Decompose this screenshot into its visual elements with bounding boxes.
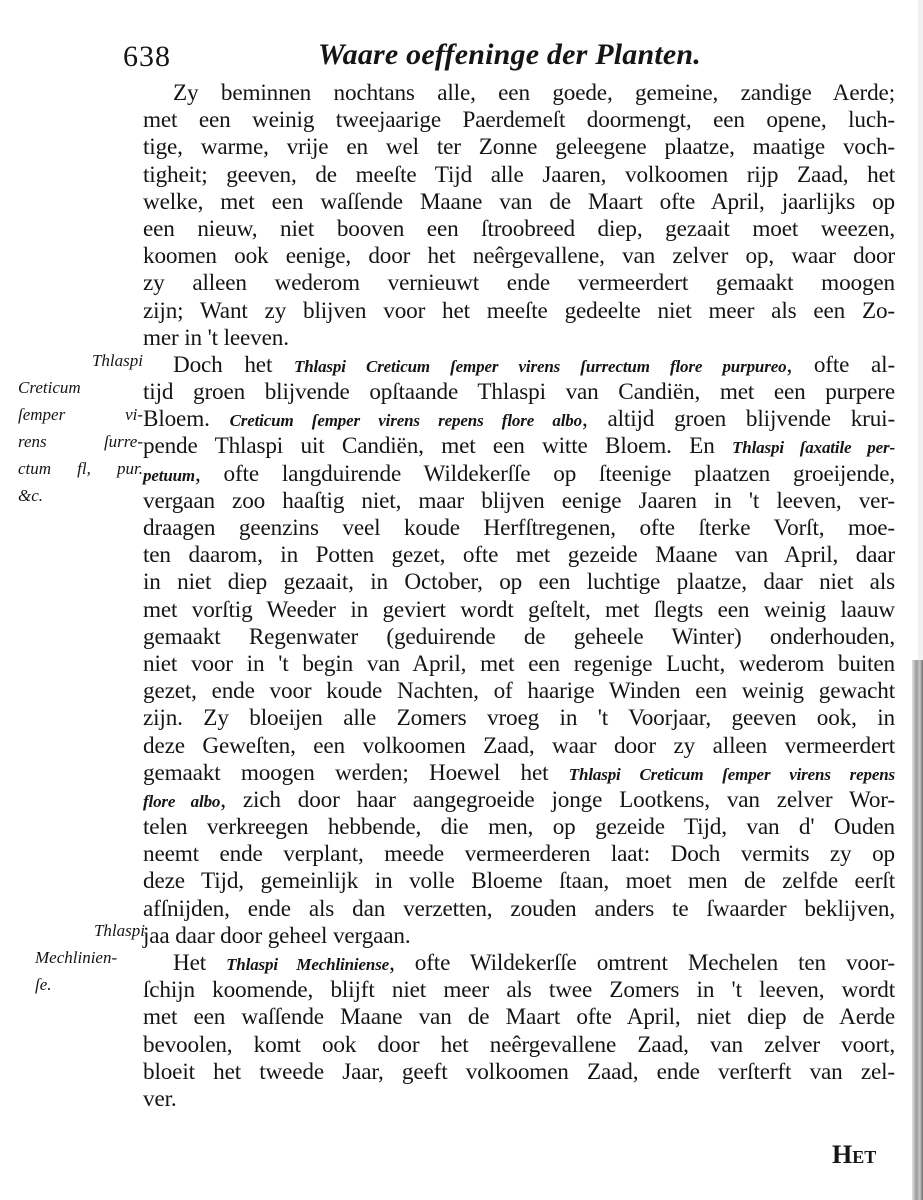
latin-name: Thlaspi Mechliniense <box>226 955 389 974</box>
text-run: gemaakt moogen werden; Hoewel het <box>143 760 569 786</box>
text-line: gemaakt Regenwater (geduirende de geheel… <box>143 624 895 651</box>
margin-note-line: ſemper vi- <box>18 401 143 428</box>
text-line: zijn; Want zy blijven voor het meeſte ge… <box>143 298 895 325</box>
latin-name: Thlaspi ſaxatile per- <box>732 438 895 457</box>
latin-name: flore albo <box>143 792 220 811</box>
text-line: mer in 't leeven. <box>143 325 895 352</box>
margin-note-thlaspi-creticum: Thlaspi Creticum ſemper vi- rens ſurre- … <box>18 347 143 509</box>
latin-name: petuum <box>143 466 195 485</box>
text-line: met vorſtig Weeder in geviert wordt geſt… <box>143 597 895 624</box>
text-line: ver. <box>143 1086 895 1113</box>
margin-note-line: ſe. <box>35 971 145 998</box>
text-line: tigheit; geeven, de meeſte Tijd alle Jaa… <box>143 162 895 189</box>
text-line: met een weinig tweejaarige Paerdemeſt do… <box>143 107 895 134</box>
latin-name: Creticum ſemper virens repens flore albo <box>230 411 582 430</box>
text-line: neemt ende verplant, meede vermeerderen … <box>143 841 895 868</box>
text-line: telen verkreegen hebbende, die men, op g… <box>143 814 895 841</box>
text-line: gezet, ende voor koude Nachten, of haari… <box>143 678 895 705</box>
text-line: bevoolen, komt ook door het neêrgevallen… <box>143 1032 895 1059</box>
text-run: pende Thlaspi uit Candiën, met een witte… <box>143 433 732 459</box>
text-line: zy alleen wederom vernieuwt ende vermeer… <box>143 270 895 297</box>
page-number: 638 <box>123 40 171 74</box>
margin-note-line: rens ſurre- <box>18 428 143 455</box>
text-run: , ofte Wildekerſſe omtrent Mechelen ten … <box>389 950 895 976</box>
body-text: Zy beminnen nochtans alle, een goede, ge… <box>143 80 895 1113</box>
margin-note-line: Creticum <box>18 374 143 401</box>
text-line: in niet diep gezaait, in October, op een… <box>143 569 895 596</box>
text-line: met een waſſende Maane van de Maart ofte… <box>143 1004 895 1031</box>
text-line: welke, met een waſſende Maane van de Maa… <box>143 189 895 216</box>
text-run: , ofte langduirende Wildekerſſe op ſteen… <box>195 461 895 487</box>
text-line: bloeit het tweede Jaar, geeft volkoomen … <box>143 1059 895 1086</box>
text-line: Bloem. Creticum ſemper virens repens flo… <box>143 406 895 433</box>
text-line: petuum, ofte langduirende Wildekerſſe op… <box>143 461 895 488</box>
text-line: gemaakt moogen werden; Hoewel het Thlasp… <box>143 760 895 787</box>
text-line: Het Thlaspi Mechliniense, ofte Wildekerſ… <box>143 950 895 977</box>
margin-note-line: Thlaspi <box>18 347 143 374</box>
text-run: , altijd groen blijvende krui- <box>582 406 895 432</box>
text-run: , zich door haar aangegroeide jonge Loot… <box>220 787 895 813</box>
text-line: ſchijn koomende, blijft niet meer als tw… <box>143 977 895 1004</box>
paragraph-2: Doch het Thlaspi Creticum ſemper virens … <box>143 352 895 950</box>
page-edge-top <box>918 0 923 660</box>
paragraph-1: Zy beminnen nochtans alle, een goede, ge… <box>143 80 895 352</box>
margin-note-line: &c. <box>18 482 143 509</box>
text-line: jaa daar door geheel vergaan. <box>143 923 895 950</box>
text-line: Doch het Thlaspi Creticum ſemper virens … <box>143 352 895 379</box>
text-run: Doch het <box>173 352 294 378</box>
text-line: flore albo, zich door haar aangegroeide … <box>143 787 895 814</box>
margin-note-line: Mechlinien- <box>35 944 145 971</box>
text-line: draagen geenzins veel koude Herfſtregene… <box>143 515 895 542</box>
text-line: ten daarom, in Potten gezet, ofte met ge… <box>143 542 895 569</box>
text-line: koomen ook eenige, door het neêrgevallen… <box>143 243 895 270</box>
text-line: afſnijden, ende als dan verzetten, zoude… <box>143 896 895 923</box>
latin-name: Thlaspi Creticum ſemper virens repens <box>569 765 895 784</box>
catchword: Het <box>832 1140 876 1170</box>
text-line: tige, warme, vrije en wel ter Zonne gele… <box>143 134 895 161</box>
text-line: tijd groen blijvende opſtaande Thlaspi v… <box>143 379 895 406</box>
text-run: Bloem. <box>143 406 230 432</box>
margin-note-thlaspi-mechliniense: Thlaspi Mechlinien- ſe. <box>35 917 145 998</box>
text-line: pende Thlaspi uit Candiën, met een witte… <box>143 433 895 460</box>
text-run: Het <box>173 950 226 976</box>
latin-name: Thlaspi Creticum ſemper virens ſurrectum… <box>294 357 786 376</box>
text-line: zijn. Zy bloeijen alle Zomers vroeg in '… <box>143 705 895 732</box>
text-line: niet voor in 't begin van April, met een… <box>143 651 895 678</box>
page-edge-shadow <box>912 660 923 1200</box>
text-line: een nieuw, niet booven een ſtroobreed di… <box>143 216 895 243</box>
running-title: Waare oeffeninge der Planten. <box>318 38 701 72</box>
text-run: , ofte al- <box>786 352 895 378</box>
margin-note-line: Thlaspi <box>35 917 145 944</box>
paragraph-3: Het Thlaspi Mechliniense, ofte Wildekerſ… <box>143 950 895 1113</box>
margin-note-line: ctum fl, pur. <box>18 455 143 482</box>
text-line: vergaan zoo haaſtig niet, maar blijven e… <box>143 488 895 515</box>
text-line: deze Tijd, gemeinlijk in volle Bloeme ſt… <box>143 868 895 895</box>
text-line: deze Geweſten, een volkoomen Zaad, waar … <box>143 733 895 760</box>
text-line: Zy beminnen nochtans alle, een goede, ge… <box>143 80 895 107</box>
